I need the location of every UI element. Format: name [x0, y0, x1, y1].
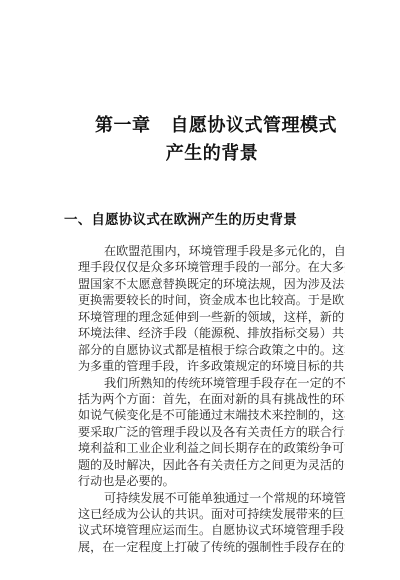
paragraph-3-line: 可持续发展不可能单独通过一个常规的环境管理办法来实现，: [78, 490, 345, 506]
chapter-title-line1: 自愿协议式管理模式: [171, 115, 338, 136]
chapter-title: 第一章自愿协议式管理模式: [16, 114, 400, 138]
chapter-subtitle: 产生的背景: [12, 142, 400, 166]
paragraph-1-line: 在欧盟范围内，环境管理手段是多元化的，自愿协议式环境管: [78, 243, 345, 259]
paragraph-1-line: 理手段仅仅是众多环境管理手段的一部分。在大多数的情况下，欧: [78, 259, 345, 275]
paragraph-2-line: 要采取广泛的管理手段以及各有关责任方的联合行动。其次，在环: [78, 424, 345, 440]
paragraph-3-line: 这已经成为公认的共识。面对可持续发展带来的巨大挑战，自愿协: [78, 506, 345, 522]
document-page: 第一章自愿协议式管理模式 产生的背景 一、自愿协议式在欧洲产生的历史背景 在欧盟…: [0, 0, 400, 580]
paragraph-3-line: 展，在一定程度上打破了传统的强制性手段存在的缺陷，加上政府: [78, 539, 345, 555]
paragraph-2-line: 题的及时解决，因此各有关责任方之间更为灵活的合作方式和联合: [78, 457, 345, 473]
paragraph-2-line: 境利益和工业企业利益之间长期存在的政策纷争可能会阻碍环境问: [78, 440, 345, 456]
paragraph-1-line: 环境管理的理念延伸到一些新的领域，这样，新的管理模式得以与: [78, 309, 345, 325]
paragraph-1-line: 环境法律、经济手段（能源税、排放指标交易）共存。在欧洲，大: [78, 325, 345, 341]
paragraph-2-line: 如说气候变化是不可能通过末端技术来控制的，这样的环境问题需: [78, 407, 345, 423]
section-heading: 一、自愿协议式在欧洲产生的历史背景: [64, 210, 297, 230]
chapter-title-line2: 产生的背景: [166, 143, 259, 164]
paragraph-2-line: 括为两个方面：首先，在面对新的具有挑战性的环境问题方面，比: [78, 391, 345, 407]
paragraph-3-line: 议式环境管理应运而生。自愿协议式环境管理手段在欧盟的迅速发: [78, 522, 345, 538]
paragraph-1-line: 部分的自愿协议式都是植根于综合政策之中的。这种综合可以理解: [78, 342, 345, 358]
paragraph-1-line: 为多重的管理手段，许多政策规定的环境目标的共同体。: [78, 358, 345, 374]
paragraph-2-line: 行动也是必要的。: [78, 473, 345, 489]
body-text: 在欧盟范围内，环境管理手段是多元化的，自愿协议式环境管 理手段仅仅是众多环境管理…: [78, 243, 345, 555]
paragraph-1-line: 更换需要较长的时间，资金成本也比较高。于是欧盟国家更愿意将: [78, 292, 345, 308]
paragraph-2-line: 我们所熟知的传统环境管理手段存在一定的不足，大致可以概: [78, 375, 345, 391]
chapter-label: 第一章: [95, 115, 151, 136]
paragraph-1-line: 盟国家不太愿意替换既定的环境法规，因为涉及法律法规的修改与: [78, 276, 345, 292]
